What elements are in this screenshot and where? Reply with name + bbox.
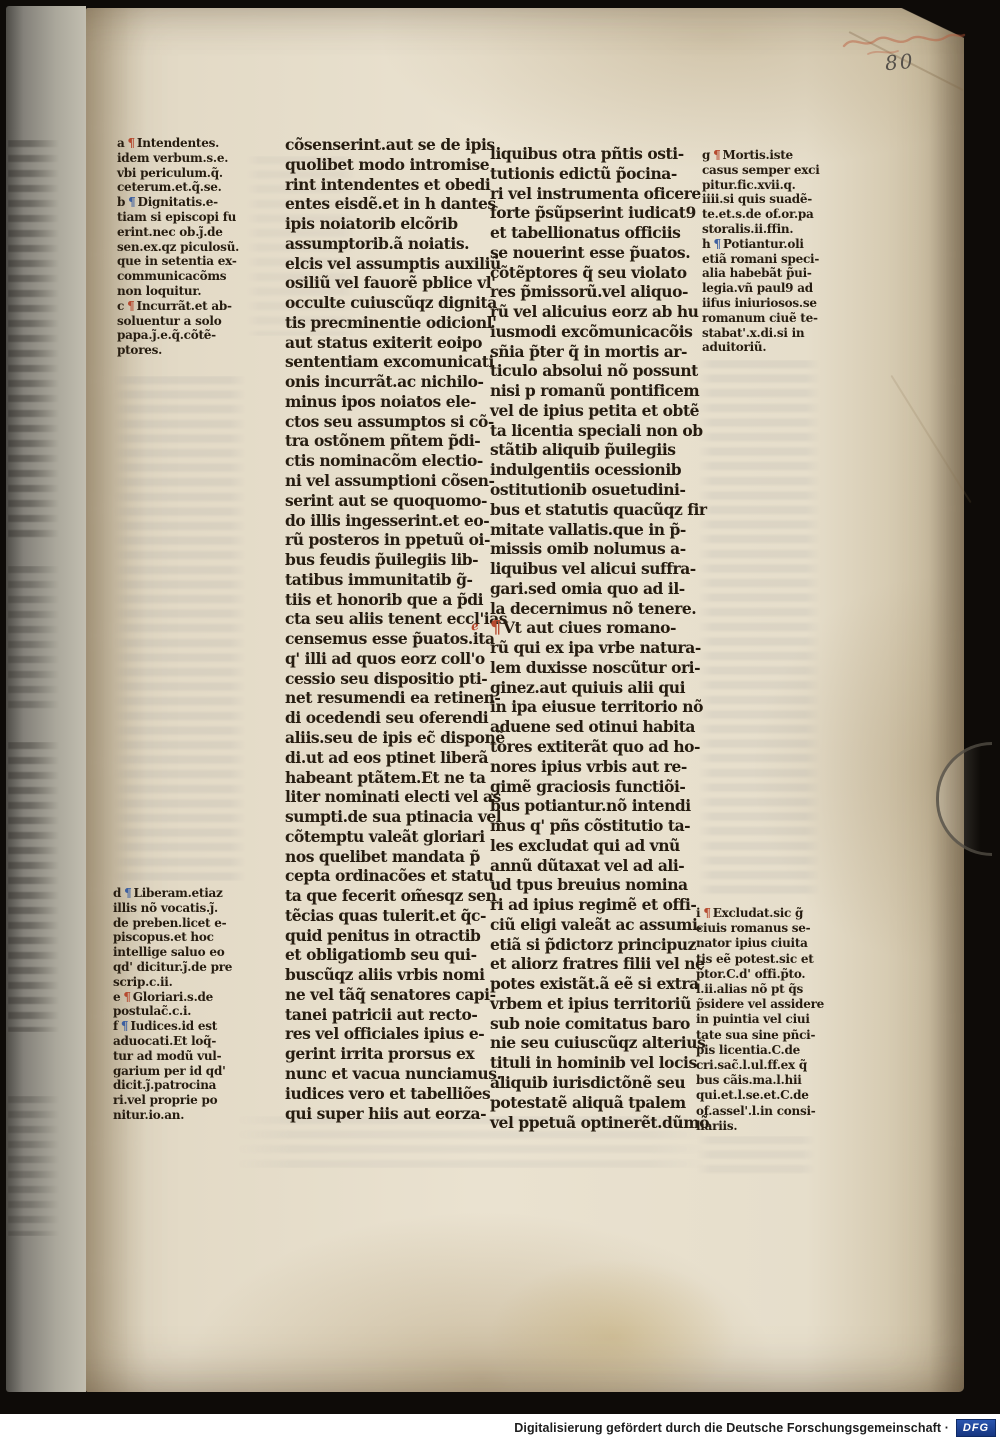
text-line: sñia p̃ter q̃ in mortis ar- (490, 342, 684, 362)
gloss-line: iifus iniuriosos.se (702, 296, 822, 311)
text-line: rũ posteros in ppetuũ oi- (285, 530, 465, 550)
gloss-line: que in setentia ex- (117, 254, 247, 269)
text-line: rint intendentes et obedi (285, 175, 465, 195)
gloss-line: soluentur a solo (117, 314, 247, 329)
dfg-logo: DFG (956, 1419, 996, 1437)
text-line: liquibus otra pñtis osti- (490, 144, 684, 164)
gloss-line: p̃sidere vel assidere (696, 997, 822, 1012)
text-line: cepta ordinacões et statu (285, 866, 465, 886)
gloss-reference-letter: a (117, 136, 128, 150)
text-line: sub noie comitatus baro (490, 1014, 684, 1034)
text-line: nos quelibet mandata p̃ (285, 847, 465, 867)
text-line: gerint irrita prorsus ex (285, 1044, 465, 1064)
pilcrow-icon: ¶ (123, 990, 132, 1004)
pilcrow-icon: ¶ (713, 148, 722, 162)
text-line: ri vel instrumenta oficere (490, 184, 684, 204)
manuscript-page: 80 a¶Intendentes.idem verbum.s.e.vbi per… (86, 8, 964, 1392)
text-line: ciũ eligi valeãt ac assumi. (490, 915, 684, 935)
text-line: res p̃missorũ.vel aliquo- (490, 282, 684, 302)
gloss-line: e¶Gloriari.s.de (113, 990, 245, 1005)
text-line: iudices vero et tabelliões (285, 1084, 465, 1104)
edge-text-fragment (8, 566, 62, 716)
quire-mark: e (470, 619, 480, 634)
gloss-line: idem verbum.s.e. (117, 151, 247, 166)
text-line: rũ vel alicuius eorz ab hu (490, 302, 684, 322)
show-through-bottom-right (696, 1136, 816, 1178)
gloss-line: tis eẽ potest.sic et (696, 952, 822, 967)
gloss-line: g¶Mortis.iste (702, 148, 822, 163)
text-line: bus potiantur.nõ intendi (490, 796, 684, 816)
pilcrow-icon: ¶ (128, 195, 137, 209)
gloss-line: ciuis romanus se- (696, 921, 822, 936)
pilcrow-icon: ¶ (128, 136, 137, 150)
text-line: aduene sed otinui habita (490, 717, 684, 737)
text-line: vrbem et ipius territoriũ (490, 994, 684, 1014)
text-line: tanei patricii aut recto- (285, 1005, 465, 1025)
text-line: potestatẽ aliquã tpalem (490, 1093, 684, 1113)
gloss-reference-letter: c (117, 299, 127, 313)
text-line: tis precminentie odicionl' (285, 313, 465, 333)
text-line: liter nominati electi vel as (285, 787, 465, 807)
text-line: ostitutionib osuetudini- (490, 480, 684, 500)
pilcrow-icon: ¶ (121, 1019, 130, 1033)
pilcrow-icon: ¶ (713, 237, 722, 251)
text-line: ri ad ipius regimẽ et offi- (490, 895, 684, 915)
text-line: do illis ingesserint.et eo- (285, 511, 465, 531)
text-line: tituli in hominib vel locis (490, 1053, 684, 1073)
gloss-line: pitur.fic.xvii.q. (702, 178, 822, 193)
page-crease (890, 375, 971, 503)
gloss-line: qd' dicitur.j̃.de pre (113, 960, 245, 975)
gloss-line: liariis. (696, 1119, 822, 1134)
text-line: liquibus vel alicui suffra- (490, 559, 684, 579)
text-line: potes existãt.ã eẽ si extra (490, 974, 684, 994)
text-line: sumpti.de sua ptinacia vel (285, 807, 465, 827)
text-line: habeant ptãtem.Et ne ta (285, 768, 465, 788)
text-line: forte p̃sũpserint iudicat9 (490, 203, 684, 223)
gloss-line: of.assel'.l.in consi- (696, 1104, 822, 1119)
gloss-line: de preben.licet e- (113, 916, 245, 931)
gloss-line: pis licentia.C.de (696, 1043, 822, 1058)
gloss-line: communicacõms (117, 269, 247, 284)
gloss-line: scrip.c.ii. (113, 975, 245, 990)
gloss-line: tiam si episcopi fu (117, 210, 247, 225)
gloss-line: intellige saluo eo (113, 945, 245, 960)
gloss-line: dicit.j̃.patrocina (113, 1078, 245, 1093)
gloss-line: erint.nec ob.j̃.de (117, 225, 247, 240)
gloss-right-bottom: i¶Excludat.sic g̃ciuis romanus se-nator … (696, 906, 822, 1134)
gloss-line: bus cãis.ma.l.hii (696, 1073, 822, 1088)
text-line: la decernimus nõ tenere. (490, 599, 684, 619)
gloss-line: nator ipius ciuita (696, 936, 822, 951)
text-line: gari.sed omia quo ad il- (490, 579, 684, 599)
edge-text-fragment (8, 140, 62, 540)
text-line: onis incurrãt.ac nichilo- (285, 372, 465, 392)
show-through-left (114, 376, 246, 881)
text-line: ta que fecerit om̃esqz sen (285, 886, 465, 906)
text-line: aliquib iurisdictõnẽ seu (490, 1073, 684, 1093)
gloss-line: ri.vel proprie po (113, 1093, 245, 1108)
text-line: gimẽ graciosis functiõi- (490, 777, 684, 797)
gloss-left-top: a¶Intendentes.idem verbum.s.e.vbi pericu… (117, 136, 247, 358)
gloss-line: sen.ex.qz piculosũ. (117, 240, 247, 255)
gloss-line: cri.sac̃.l.ul.ff.ex q̃ (696, 1058, 822, 1073)
text-line: stãtib aliquib p̃uilegiis (490, 440, 684, 460)
gloss-line: l.ii.alias nõ pt q̃s (696, 982, 822, 997)
text-line: etiã si p̃dictorz principuz (490, 935, 684, 955)
gloss-line: stabat'.x.di.si in (702, 326, 822, 341)
gloss-right-top: g¶Mortis.istecasus semper excipitur.fic.… (702, 148, 822, 355)
gloss-line: in puintia vel ciui (696, 1012, 822, 1027)
gloss-line: b¶Dignitatis.e- (117, 195, 247, 210)
gloss-left-bottom: d¶Liberam.etiazillis nõ vocatis.j̃.de pr… (113, 886, 245, 1123)
text-line: se nouerint esse p̃uatos. (490, 243, 684, 263)
text-line: cõtemptu valeãt gloriari (285, 827, 465, 847)
gloss-line: qui.et.l.se.et.C.de (696, 1088, 822, 1103)
text-line: ta licentia speciali non ob (490, 421, 684, 441)
text-line: cõtẽptores q̃ seu violato (490, 263, 684, 283)
gloss-line: tate sua sine pñci- (696, 1028, 822, 1043)
gloss-line: alia habebãt p̃ui- (702, 266, 822, 281)
text-line: buscũqz aliis vrbis nomi (285, 965, 465, 985)
text-line: annũ dũtaxat vel ad ali- (490, 856, 684, 876)
text-line: nunc et vacua nunciamus. (285, 1064, 465, 1084)
text-line: nores ipius vrbis aut re- (490, 757, 684, 777)
text-line: vel de ipius petita et obtẽ (490, 401, 684, 421)
banner-text: Digitalisierung gefördert durch die Deut… (514, 1421, 949, 1435)
gloss-line: papa.j̃.e.q̃.cõtẽ- (117, 328, 247, 343)
gloss-line: tur ad modũ vul- (113, 1049, 245, 1064)
text-line: aliis.seu de ipis ec̃ disponẽ (285, 728, 465, 748)
pilcrow-icon: ¶ (490, 617, 503, 638)
text-line: et obligatiomb seu qui- (285, 945, 465, 965)
text-line: tra ostõnem pñtem p̃di- (285, 431, 465, 451)
text-line: bus feudis p̃uilegiis lib- (285, 550, 465, 570)
pilcrow-icon: ¶ (703, 906, 712, 920)
text-line: qui super hiis aut eorza- (285, 1104, 465, 1124)
gloss-reference-letter: d (113, 886, 124, 900)
gloss-line: a¶Intendentes. (117, 136, 247, 151)
text-line: quid penitus in otractib (285, 926, 465, 946)
text-line: nie seu cuiuscũqz alterius (490, 1033, 684, 1053)
text-line: entes eisdẽ.et in h dantes (285, 194, 465, 214)
gloss-line: aduitoriũ. (702, 340, 822, 355)
text-line: di ocedendi seu oferendi (285, 708, 465, 728)
gloss-line: etiã romani speci- (702, 252, 822, 267)
gloss-line: garium per id qd' (113, 1064, 245, 1079)
text-line: quolibet modo intromise (285, 155, 465, 175)
gloss-line: c¶Incurrãt.et ab- (117, 299, 247, 314)
pilcrow-icon: ¶ (124, 886, 133, 900)
text-line: ctos seu assumptos si cõ- (285, 412, 465, 432)
gloss-line: f¶Iudices.id est (113, 1019, 245, 1034)
gloss-line: ptores. (117, 343, 247, 358)
main-column-1: cõsenserint.aut se de ipisquolibet modo … (285, 135, 465, 1123)
text-line: ¶Vt aut ciues romano- (490, 618, 684, 638)
text-line: bus et statutis quacũqz fir (490, 500, 684, 520)
gloss-line: ceterum.et.q̃.se. (117, 180, 247, 195)
text-line: rũ qui ex ipa vrbe natura- (490, 638, 684, 658)
gloss-line: d¶Liberam.etiaz (113, 886, 245, 901)
text-line: assumptorib.ã noiatis. (285, 234, 465, 254)
dfg-banner: Digitalisierung gefördert durch die Deut… (0, 1414, 1000, 1441)
edge-text-fragment (8, 742, 62, 1032)
text-line: tores extiterãt quo ad ho- (490, 737, 684, 757)
text-line: q' illi ad quos eorz coll'o (285, 649, 465, 669)
gloss-line: iiii.si quis suadẽ- (702, 192, 822, 207)
text-line: ni vel assumptioni cõsen- (285, 471, 465, 491)
text-line: elcis vel assumptis auxiliũ (285, 254, 465, 274)
gloss-line: non loquitur. (117, 284, 247, 299)
facing-page-edge (6, 6, 86, 1392)
text-line: tẽcias quas tulerit.et q̃c- (285, 906, 465, 926)
text-line: et tabellionatus officiis (490, 223, 684, 243)
text-line: occulte cuiuscũqz dignita (285, 293, 465, 313)
text-line: cõsenserint.aut se de ipis (285, 135, 465, 155)
text-line: missis omib nolumus a- (490, 539, 684, 559)
text-line: ctis nominacõm electio- (285, 451, 465, 471)
text-line: cessio seu dispositio pti- (285, 669, 465, 689)
gloss-reference-letter: f (113, 1019, 121, 1033)
text-line: ginez.aut quiuis alii qui (490, 678, 684, 698)
main-column-2: liquibus otra pñtis osti-tutionis edictũ… (490, 144, 684, 1132)
gloss-line: postulac̃.c.i. (113, 1004, 245, 1019)
text-line: osiliũ vel fauorẽ pblice vl' (285, 273, 465, 293)
gloss-line: piscopus.et hoc (113, 930, 245, 945)
gloss-line: legia.vñ paul9 ad (702, 281, 822, 296)
text-line: di.ut ad eos ptinet liberã (285, 748, 465, 768)
text-line: in ipa eiusue territorio nõ (490, 697, 684, 717)
edge-text-fragment (8, 1096, 62, 1236)
gloss-line: i¶Excludat.sic g̃ (696, 906, 822, 921)
text-line: sententiam excomunicati (285, 352, 465, 372)
text-line: vel ppetuã optinerẽt.dũmõ (490, 1113, 684, 1133)
text-line: tutionis edictũ p̃ocina- (490, 164, 684, 184)
red-ink-inscription (838, 24, 968, 62)
gloss-line: vbi periculum.q̃. (117, 166, 247, 181)
text-line: ipis noiatorib elcõrib (285, 214, 465, 234)
text-line: les excludat qui ad vnũ (490, 836, 684, 856)
text-line: tatibus immunitatib g̃- (285, 570, 465, 590)
gloss-reference-letter: h (702, 237, 713, 251)
pilcrow-icon: ¶ (127, 299, 136, 313)
gloss-line: p̃tor.C.d' offi.p̃to. (696, 967, 822, 982)
show-through-right (698, 360, 820, 900)
text-line: et aliorz fratres filii vel ne (490, 954, 684, 974)
text-line: mitate vallatis.que in p̃- (490, 520, 684, 540)
gloss-line: storalis.ii.ffin. (702, 222, 822, 237)
gloss-line: romanum ciuẽ te- (702, 311, 822, 326)
gloss-line: te.et.s.de of.or.pa (702, 207, 822, 222)
text-line: indulgentiis ocessionib (490, 460, 684, 480)
scan-viewport: 80 a¶Intendentes.idem verbum.s.e.vbi per… (0, 0, 1000, 1441)
text-line: ticulo absolui nõ possunt (490, 361, 684, 381)
gloss-reference-letter: b (117, 195, 128, 209)
text-line: aut status exiterit eoipo (285, 333, 465, 353)
text-line: censemus esse p̃uatos.ita (285, 629, 465, 649)
text-line: lem duxisse noscũtur ori- (490, 658, 684, 678)
text-line: net resumendi ea retinen- (285, 688, 465, 708)
gloss-line: h¶Potiantur.oli (702, 237, 822, 252)
text-line: ud tpus breuius nomina (490, 875, 684, 895)
gloss-line: illis nõ vocatis.j̃. (113, 901, 245, 916)
gloss-line: aduocati.Et loq̃- (113, 1034, 245, 1049)
text-line: ne vel tãq̃ senatores capi- (285, 985, 465, 1005)
text-line: serint aut se quoquomo- (285, 491, 465, 511)
text-line: minus ipos noiatos ele- (285, 392, 465, 412)
text-line: tiis et honorib que a p̃di (285, 590, 465, 610)
text-line: cta seu aliis tenent eccl'ias (285, 609, 465, 629)
gloss-reference-letter: g (702, 148, 713, 162)
gloss-reference-letter: e (113, 990, 123, 1004)
gloss-line: casus semper exci (702, 163, 822, 178)
text-line: mus q' pñs cõstitutio ta- (490, 816, 684, 836)
text-line: res vel officiales ipius e- (285, 1024, 465, 1044)
text-line: nisi p romanũ pontificem (490, 381, 684, 401)
gloss-line: nitur.io.an. (113, 1108, 245, 1123)
text-line: iusmodi excõmunicacõis (490, 322, 684, 342)
